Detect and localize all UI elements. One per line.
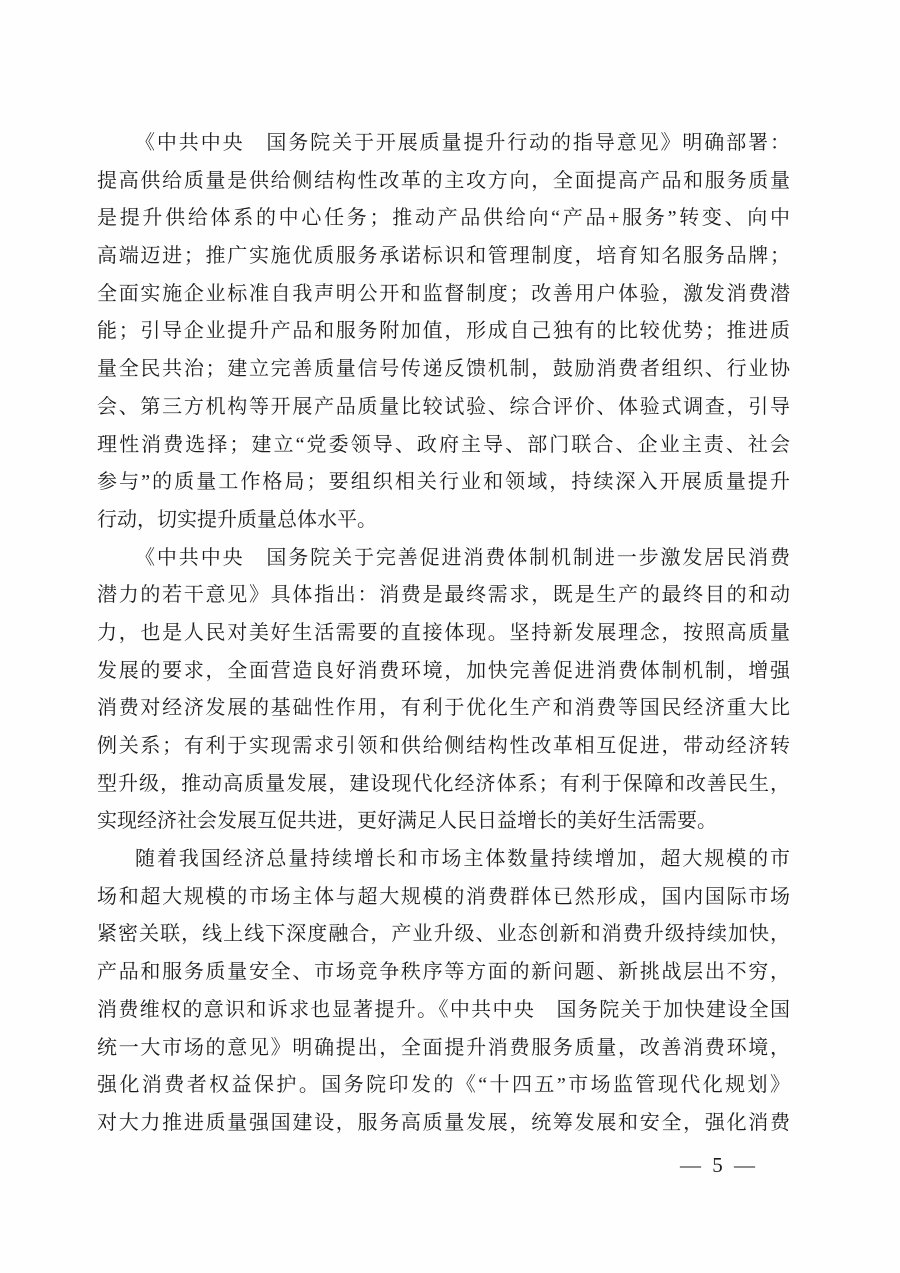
document-page: 《中共中央 国务院关于开展质量提升行动的指导意见》明确部署： 提高供给质量是供给… xyxy=(0,0,900,1273)
text-line: 紧密关联，线上线下深度融合，产业升级、业态创新和消费升级持续加快， xyxy=(97,916,790,954)
text-line: 高端迈进；推广实施优质服务承诺标识和管理制度，培育知名服务品牌； xyxy=(97,238,790,276)
text-line: 行动，切实提升质量总体水平。 xyxy=(97,502,790,540)
text-line: 理性消费选择；建立“党委领导、政府主导、部门联合、企业主责、社会 xyxy=(97,427,790,465)
text-line: 例关系；有利于实现需求引领和供给侧结构性改革相互促进，带动经济转 xyxy=(97,728,790,766)
text-line: 消费维权的意识和诉求也显著提升。《中共中央 国务院关于加快建设全国 xyxy=(97,992,790,1030)
text-line: 参与”的质量工作格局；要组织相关行业和领域，持续深入开展质量提升 xyxy=(97,464,790,502)
text-line: 强化消费者权益保护。国务院印发的《“十四五”市场监管现代化规划》 xyxy=(97,1067,790,1105)
text-line: 能；引导企业提升产品和服务附加值，形成自己独有的比较优势；推进质 xyxy=(97,313,790,351)
text-line: 对大力推进质量强国建设，服务高质量发展，统筹发展和安全，强化消费 xyxy=(97,1105,790,1143)
text-line: 实现经济社会发展互促共进，更好满足人民日益增长的美好生活需要。 xyxy=(97,803,790,841)
text-line: 全面实施企业标准自我声明公开和监督制度；改善用户体验，激发消费潜 xyxy=(97,276,790,314)
text-line: 场和超大规模的市场主体与超大规模的消费群体已然形成，国内国际市场 xyxy=(97,879,790,917)
text-line: 发展的要求，全面营造良好消费环境，加快完善促进消费体制机制，增强 xyxy=(97,653,790,691)
text-line: 产品和服务质量安全、市场竞争秩序等方面的新问题、新挑战层出不穷， xyxy=(97,954,790,992)
page-number: — 5 — xyxy=(680,1150,758,1180)
text-line: 潜力的若干意见》具体指出：消费是最终需求，既是生产的最终目的和动 xyxy=(97,577,790,615)
text-line: 《中共中央 国务院关于完善促进消费体制机制进一步激发居民消费 xyxy=(97,540,790,578)
text-line: 是提升供给体系的中心任务；推动产品供给向“产品+服务”转变、向中 xyxy=(97,200,790,238)
paragraph: 《中共中央 国务院关于开展质量提升行动的指导意见》明确部署： 提高供给质量是供给… xyxy=(97,125,790,540)
text-line: 《中共中央 国务院关于开展质量提升行动的指导意见》明确部署： xyxy=(97,125,790,163)
text-line: 统一大市场的意见》明确提出，全面提升消费服务质量，改善消费环境， xyxy=(97,1030,790,1068)
text-line: 随着我国经济总量持续增长和市场主体数量持续增加，超大规模的市 xyxy=(97,841,790,879)
text-line: 力，也是人民对美好生活需要的直接体现。坚持新发展理念，按照高质量 xyxy=(97,615,790,653)
text-line: 型升级，推动高质量发展，建设现代化经济体系；有利于保障和改善民生， xyxy=(97,766,790,804)
text-line: 会、第三方机构等开展产品质量比较试验、综合评价、体验式调查，引导 xyxy=(97,389,790,427)
paragraph: 《中共中央 国务院关于完善促进消费体制机制进一步激发居民消费 潜力的若干意见》具… xyxy=(97,540,790,842)
text-line: 消费对经济发展的基础性作用，有利于优化生产和消费等国民经济重大比 xyxy=(97,690,790,728)
text-line: 量全民共治；建立完善质量信号传递反馈机制，鼓励消费者组织、行业协 xyxy=(97,351,790,389)
paragraph: 随着我国经济总量持续增长和市场主体数量持续增加，超大规模的市 场和超大规模的市场… xyxy=(97,841,790,1143)
text-line: 提高供给质量是供给侧结构性改革的主攻方向，全面提高产品和服务质量 xyxy=(97,163,790,201)
document-body: 《中共中央 国务院关于开展质量提升行动的指导意见》明确部署： 提高供给质量是供给… xyxy=(97,125,790,1143)
